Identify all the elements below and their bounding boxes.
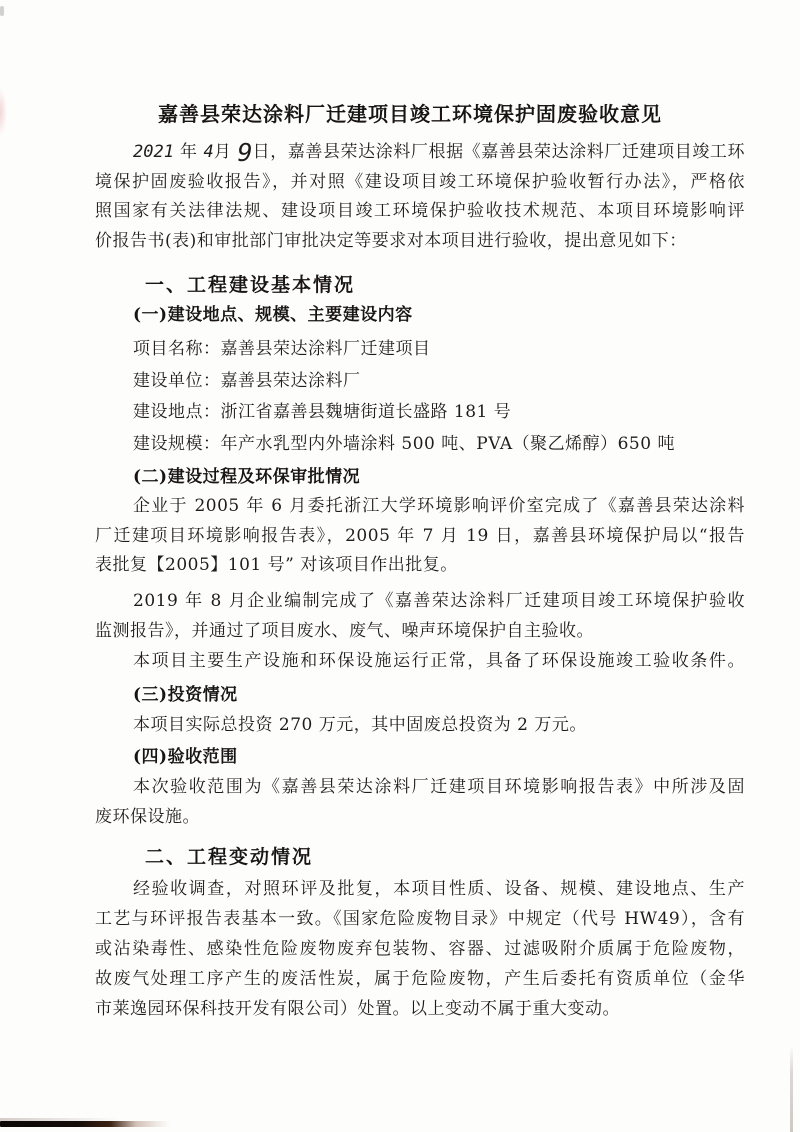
scan-artifact-right-edge-line bbox=[790, 1046, 793, 1132]
change-para-line-5: 市莱逸园环保科技开发有限公司）处置。以上变动不属于重大变动。 bbox=[95, 994, 745, 1024]
scan-artifact-left-pink-smudge bbox=[0, 88, 7, 136]
scope-para-line-1: 本次验收范围为《嘉善县荣达涂料厂迁建项目环境影响报告表》中所涉及固 bbox=[95, 772, 745, 802]
section-1-heading: 一、工程建设基本情况 bbox=[95, 270, 745, 300]
construction-scale-line: 建设规模：年产水乳型内外墙涂料 500 吨、PVA（聚乙烯醇）650 吨 bbox=[95, 429, 745, 461]
scan-artifact-bottom-left-bar bbox=[0, 1121, 170, 1127]
intro-line-3: 照国家有关法律法规、建设项目竣工环境保护验收技术规范、本项目环境影响评 bbox=[95, 197, 745, 227]
document-content: 嘉善县荣达涂料厂迁建项目竣工环境保护固废验收意见 2021 年 4月 9日，嘉善… bbox=[95, 0, 745, 1024]
scanned-document-page: 嘉善县荣达涂料厂迁建项目竣工环境保护固废验收意见 2021 年 4月 9日，嘉善… bbox=[0, 0, 800, 1132]
scope-para-line-2: 废环保设施。 bbox=[95, 802, 745, 832]
section-2-heading: 二、工程变动情况 bbox=[95, 842, 745, 872]
handwritten-month: 4 bbox=[204, 142, 214, 162]
approval-para-line-2: 厂迁建项目环境影响报告表》，2005 年 7 月 19 日，嘉善县环境保护局以“… bbox=[95, 522, 745, 552]
handwritten-day: 9 bbox=[237, 138, 252, 167]
subsection-2-heading: (二)建设过程及环保审批情况 bbox=[95, 462, 745, 492]
subsection-4-heading: (四)验收范围 bbox=[95, 742, 745, 772]
subsection-3-heading: (三)投资情况 bbox=[95, 680, 745, 710]
intro-line-1-text: 日，嘉善县荣达涂料厂根据《嘉善县荣达涂料厂迁建项目竣工环 bbox=[253, 142, 745, 162]
scan-artifact-top-left-mark bbox=[0, 6, 4, 16]
project-info-list: 项目名称：嘉善县荣达涂料厂迁建项目 建设单位：嘉善县荣达涂料厂 建设地点：浙江省… bbox=[95, 334, 745, 460]
facilities-status-line: 本项目主要生产设施和环保设施运行正常，具备了环保设施竣工验收条件。 bbox=[95, 646, 745, 676]
change-para-line-1: 经验收调查，对照环评及批复，本项目性质、设备、规模、建设地点、生产 bbox=[95, 874, 745, 904]
scope-paragraph: 本次验收范围为《嘉善县荣达涂料厂迁建项目环境影响报告表》中所涉及固 废环保设施。 bbox=[95, 772, 745, 832]
change-para-line-2: 工艺与环评报告表基本一致。《国家危险废物目录》中规定（代号 HW49），含有 bbox=[95, 904, 745, 934]
construction-site-line: 建设地点：浙江省嘉善县魏塘街道长盛路 181 号 bbox=[95, 397, 745, 429]
acceptance-para-line-2: 监测报告》，并通过了项目废水、废气、噪声环境保护自主验收。 bbox=[95, 616, 745, 646]
approval-para-line-1: 企业于 2005 年 6 月委托浙江大学环境影响评价室完成了《嘉善县荣达涂料 bbox=[95, 492, 745, 522]
change-paragraph: 经验收调查，对照环评及批复，本项目性质、设备、规模、建设地点、生产 工艺与环评报… bbox=[95, 874, 745, 1024]
intro-line-4: 价报告书(表)和审批部门审批决定等要求对本项目进行验收，提出意见如下： bbox=[95, 227, 745, 257]
investment-line: 本项目实际总投资 270 万元，其中固废总投资为 2 万元。 bbox=[95, 710, 745, 740]
intro-paragraph: 2021 年 4月 9日，嘉善县荣达涂料厂根据《嘉善县荣达涂料厂迁建项目竣工环 … bbox=[95, 138, 745, 256]
month-unit: 月 bbox=[214, 142, 238, 162]
subsection-1-heading: (一)建设地点、规模、主要建设内容 bbox=[95, 300, 745, 330]
approval-paragraph: 企业于 2005 年 6 月委托浙江大学环境影响评价室完成了《嘉善县荣达涂料 厂… bbox=[95, 492, 745, 581]
year-unit: 年 bbox=[174, 142, 204, 162]
change-para-line-3: 或沾染毒性、感染性危险废物废弃包装物、容器、过滤吸附介质属于危险废物， bbox=[95, 934, 745, 964]
acceptance-paragraph: 2019 年 8 月企业编制完成了《嘉善荣达涂料厂迁建项目竣工环境保护验收 监测… bbox=[95, 586, 745, 646]
acceptance-para-line-1: 2019 年 8 月企业编制完成了《嘉善荣达涂料厂迁建项目竣工环境保护验收 bbox=[95, 586, 745, 616]
handwritten-year: 2021 bbox=[133, 142, 174, 162]
document-title: 嘉善县荣达涂料厂迁建项目竣工环境保护固废验收意见 bbox=[75, 98, 745, 130]
intro-line-2: 境保护固废验收报告》，并对照《建设项目竣工环境保护验收暂行办法》，严格依 bbox=[95, 168, 745, 198]
project-name-line: 项目名称：嘉善县荣达涂料厂迁建项目 bbox=[95, 334, 745, 366]
change-para-line-4: 故废气处理工序产生的废活性炭，属于危险废物，产生后委托有资质单位（金华 bbox=[95, 964, 745, 994]
approval-para-line-3: 表批复【2005】101 号” 对该项目作出批复。 bbox=[95, 551, 745, 581]
construction-unit-line: 建设单位：嘉善县荣达涂料厂 bbox=[95, 366, 745, 398]
intro-line-1: 2021 年 4月 9日，嘉善县荣达涂料厂根据《嘉善县荣达涂料厂迁建项目竣工环 bbox=[95, 138, 745, 168]
scan-artifact-bottom-shadow bbox=[0, 1118, 120, 1121]
